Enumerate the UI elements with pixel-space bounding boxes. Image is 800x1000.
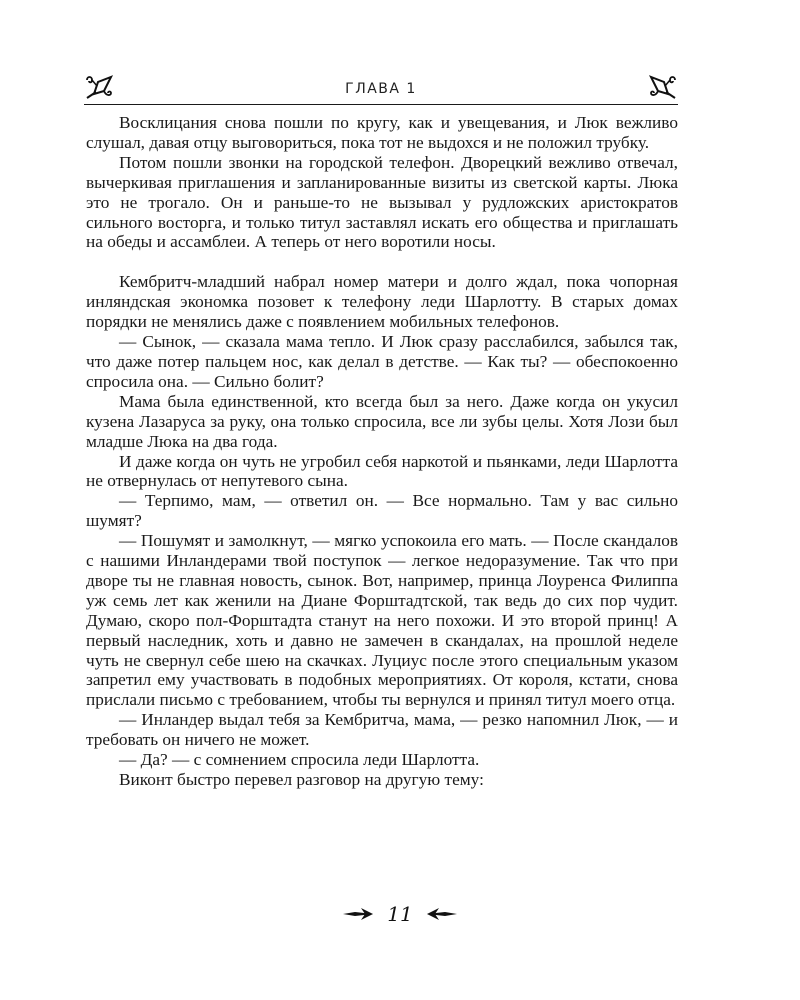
body-text: Восклицания снова пошли по кругу, как и … [86, 113, 678, 790]
flourish-ornament-icon [648, 74, 678, 102]
arrow-left-ornament-icon [427, 908, 457, 920]
book-page: ГЛАВА 1 Восклицания снова пошли по кругу… [0, 0, 800, 1000]
paragraph: Кембритч-младший набрал номер матери и д… [86, 272, 678, 332]
arrow-right-ornament-icon [343, 908, 373, 920]
page-number: 11 [387, 902, 412, 926]
paragraph: — Инландер выдал тебя за Кембритча, мама… [86, 710, 678, 750]
paragraph: Восклицания снова пошли по кругу, как и … [86, 113, 678, 153]
paragraph: Мама была единственной, кто всегда был з… [86, 392, 678, 452]
running-header: ГЛАВА 1 [84, 74, 678, 104]
page-footer: 11 [0, 902, 800, 926]
paragraph: — Пошумят и замолкнут, — мягко успокоила… [86, 531, 678, 710]
header-divider [84, 104, 678, 105]
paragraph: Потом пошли звонки на городской телефон.… [86, 153, 678, 253]
paragraph: — Сынок, — сказала мама тепло. И Люк сра… [86, 332, 678, 392]
paragraph: И даже когда он чуть не угробил себя нар… [86, 452, 678, 492]
paragraph: — Да? — с сомнением спросила леди Шарлот… [86, 750, 678, 770]
paragraph: — Терпимо, мам, — ответил он. — Все норм… [86, 491, 678, 531]
section-break [86, 252, 678, 272]
chapter-title: ГЛАВА 1 [84, 81, 678, 97]
paragraph: Виконт быстро перевел разговор на другую… [86, 770, 678, 790]
